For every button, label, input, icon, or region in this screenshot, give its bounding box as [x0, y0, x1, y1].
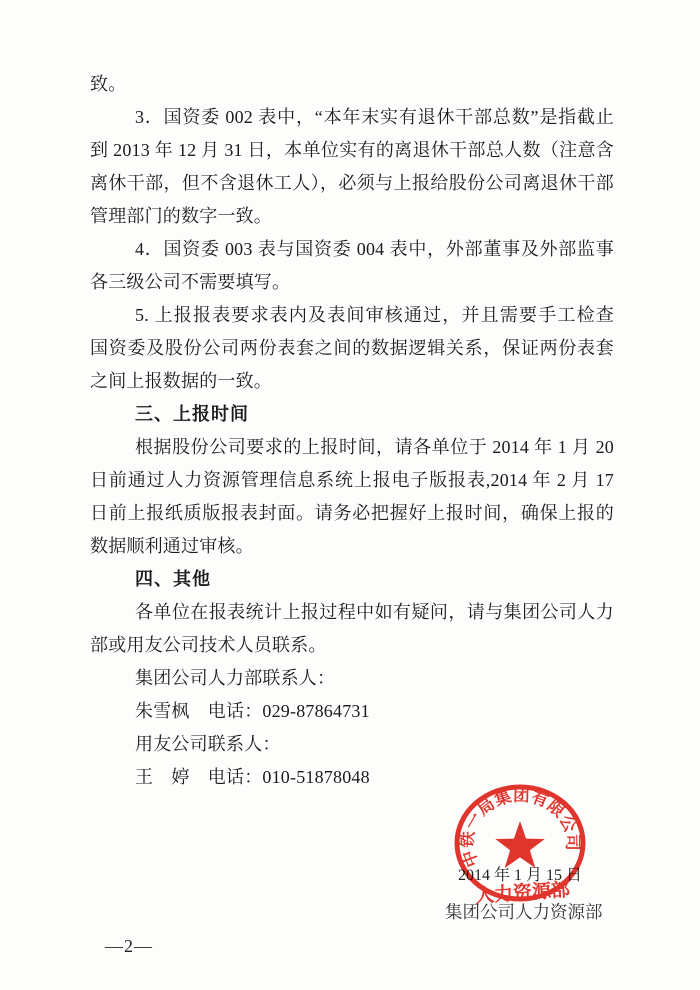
document-line: 3．国资委 002 表中，“本年末实有退休干部总数”是指截止: [90, 101, 614, 134]
contact-label: 集团公司人力部联系人：: [90, 662, 614, 695]
document-line: 之间上报数据的一致。: [90, 365, 614, 398]
document-page: 致。 3．国资委 002 表中，“本年末实有退休干部总数”是指截止 到 2013…: [0, 0, 700, 990]
document-line: 管理部门的数字一致。: [90, 200, 614, 233]
seal-department-text: 人力资源部: [474, 878, 570, 908]
document-line: 5. 上报报表要求表内及表间审核通过，并且需要手工检查: [90, 299, 614, 332]
section-heading: 三、上报时间: [90, 398, 614, 431]
document-line: 部或用友公司技术人员联系。: [90, 629, 614, 662]
document-line: 日前通过人力资源管理信息系统上报电子版报表,2014 年 2 月 17: [90, 464, 614, 497]
document-line: 根据股份公司要求的上报时间，请各单位于 2014 年 1 月 20: [90, 431, 614, 464]
page-number: —2—: [105, 936, 153, 957]
document-line: 日前上报纸质版报表封面。请务必把握好上报时间，确保上报的: [90, 497, 614, 530]
document-line: 各三级公司不需要填写。: [90, 266, 614, 299]
document-line: 数据顺利通过审核。: [90, 530, 614, 563]
contact-line: 朱雪枫 电话：029-87864731: [90, 695, 614, 728]
section-heading: 四、其他: [90, 563, 614, 596]
document-line: 4．国资委 003 表与国资委 004 表中，外部董事及外部监事: [90, 233, 614, 266]
document-line: 各单位在报表统计上报过程中如有疑问，请与集团公司人力: [90, 596, 614, 629]
company-seal: 中铁一局集团有限公司 人力资源部: [432, 758, 612, 948]
contact-label: 用友公司联系人：: [90, 728, 614, 761]
document-body: 致。 3．国资委 002 表中，“本年末实有退休干部总数”是指截止 到 2013…: [90, 68, 614, 794]
document-line: 国资委及股份公司两份表套之间的数据逻辑关系，保证两份表套: [90, 332, 614, 365]
document-line: 离休干部，但不含退休工人），必须与上报给股份公司离退休干部: [90, 167, 614, 200]
document-line: 致。: [90, 68, 614, 101]
document-line: 到 2013 年 12 月 31 日，本单位实有的离退休干部总人数（注意含: [90, 134, 614, 167]
star-icon: [495, 821, 544, 868]
